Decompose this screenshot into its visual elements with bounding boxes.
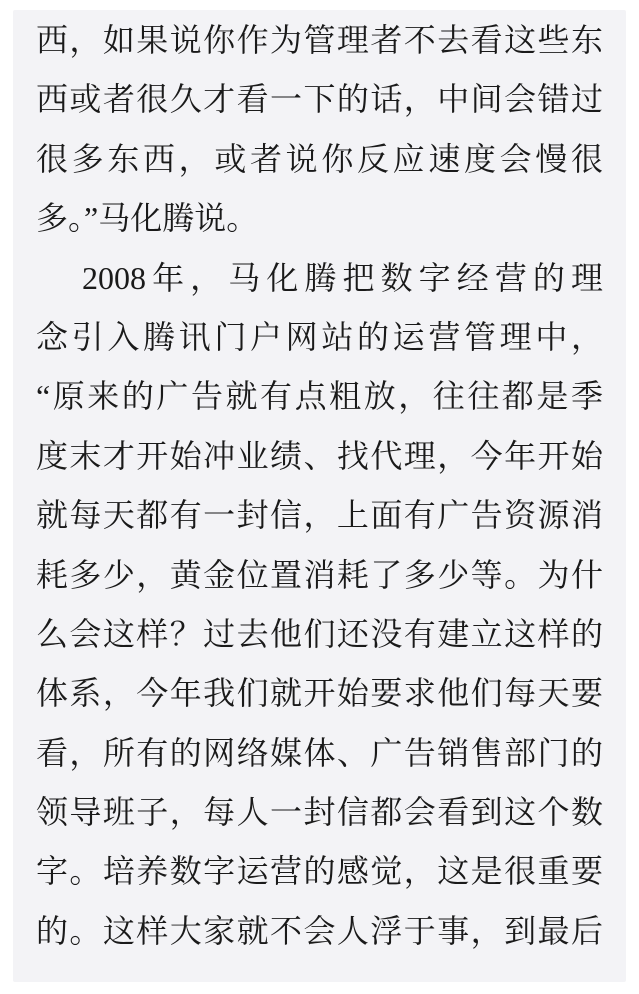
text-line: 看，所有的网络媒体、广告销售部门的 bbox=[36, 724, 603, 783]
text-line: 2008年，马化腾把数字经营的理 bbox=[36, 249, 603, 308]
text-line: 念引入腾讯门户网站的运营管理中， bbox=[36, 308, 603, 367]
book-page[interactable]: 西，如果说你作为管理者不去看这些东 西或者很久才看一下的话，中间会错过 很多东西… bbox=[13, 10, 626, 982]
text-line: “原来的广告就有点粗放，往往都是季 bbox=[36, 367, 603, 426]
text-line: 西或者很久才看一下的话，中间会错过 bbox=[36, 70, 603, 129]
text-line: 很多东西，或者说你反应速度会慢很 bbox=[36, 130, 603, 189]
page-text-block: 西，如果说你作为管理者不去看这些东 西或者很久才看一下的话，中间会错过 很多东西… bbox=[13, 10, 626, 961]
text-line: 领导班子，每人一封信都会看到这个数 bbox=[36, 783, 603, 842]
text-line: 就每天都有一封信，上面有广告资源消 bbox=[36, 486, 603, 545]
text-line: 字。培养数字运营的感觉，这是很重要 bbox=[36, 842, 603, 901]
text-line: 体系，今年我们就开始要求他们每天要 bbox=[36, 664, 603, 723]
text-line: 耗多少，黄金位置消耗了多少等。为什 bbox=[36, 546, 603, 605]
text-line: 度末才开始冲业绩、找代理，今年开始 bbox=[36, 427, 603, 486]
text-line: 西，如果说你作为管理者不去看这些东 bbox=[36, 11, 603, 70]
text-line: 的。这样大家就不会人浮于事，到最后 bbox=[36, 902, 603, 961]
text-line: 么会这样？过去他们还没有建立这样的 bbox=[36, 605, 603, 664]
reader-frame: 西，如果说你作为管理者不去看这些东 西或者很久才看一下的话，中间会错过 很多东西… bbox=[0, 0, 639, 994]
text-line: 多。”马化腾说。 bbox=[36, 189, 603, 248]
